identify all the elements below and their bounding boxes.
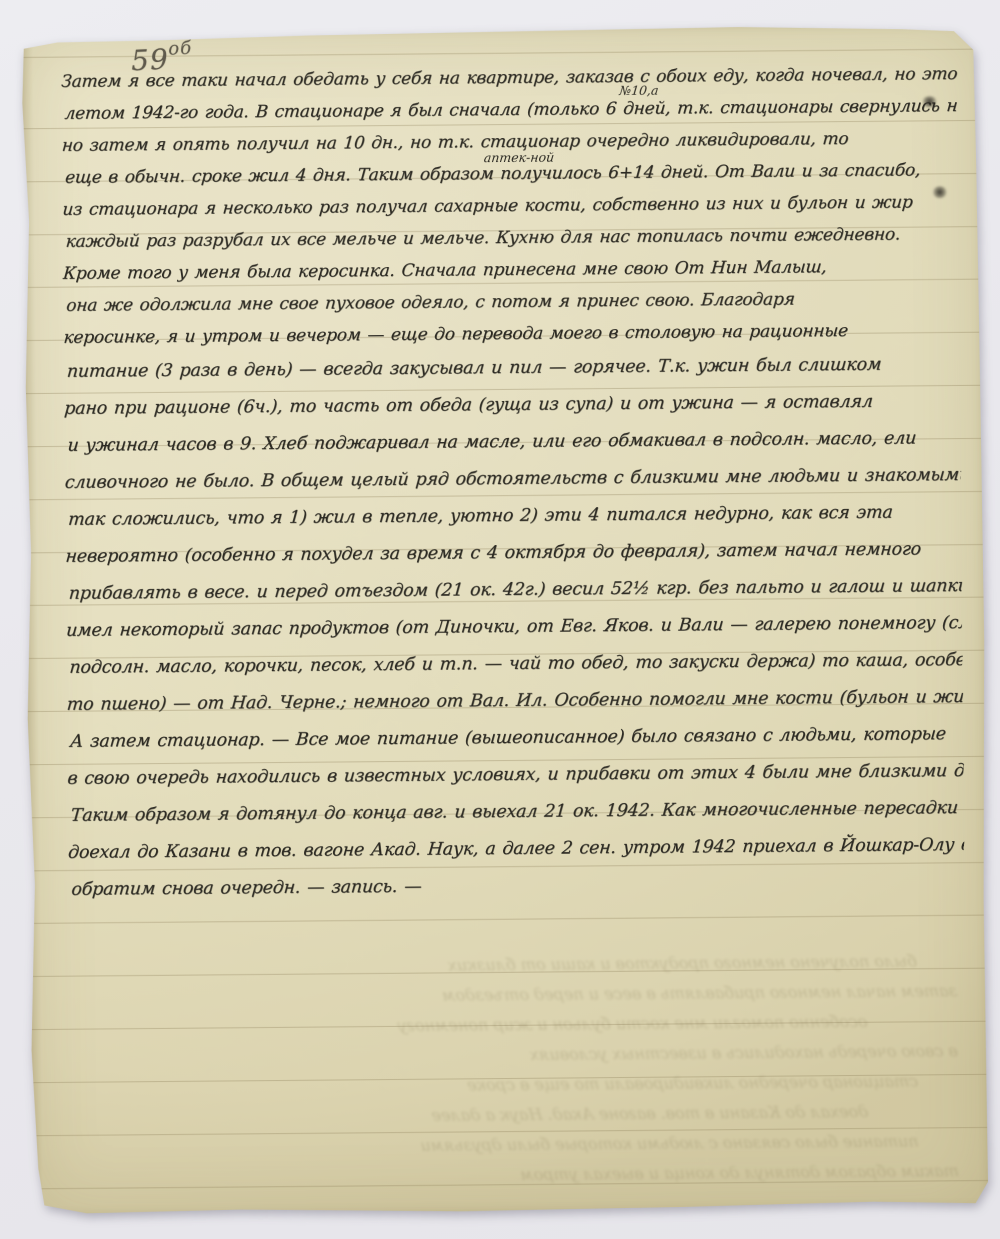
manuscript-page: было получено немного продуктов и каши о…	[19, 24, 989, 1216]
ink-smudge	[932, 186, 947, 198]
manuscript-line: обратим снова очередн. — запись. —	[67, 864, 966, 909]
handwritten-text: Затем я все таки начал обедать у себя на…	[61, 58, 964, 909]
page-number-suffix: об	[168, 38, 193, 60]
scanned-document: { "document": { "page_label": { "number"…	[0, 0, 1000, 1239]
ink-smudge	[921, 96, 937, 107]
paper-sheet: было получено немного продуктов и каши о…	[19, 24, 989, 1216]
showthrough-text: было получено немного продуктов и каши о…	[77, 946, 959, 1194]
